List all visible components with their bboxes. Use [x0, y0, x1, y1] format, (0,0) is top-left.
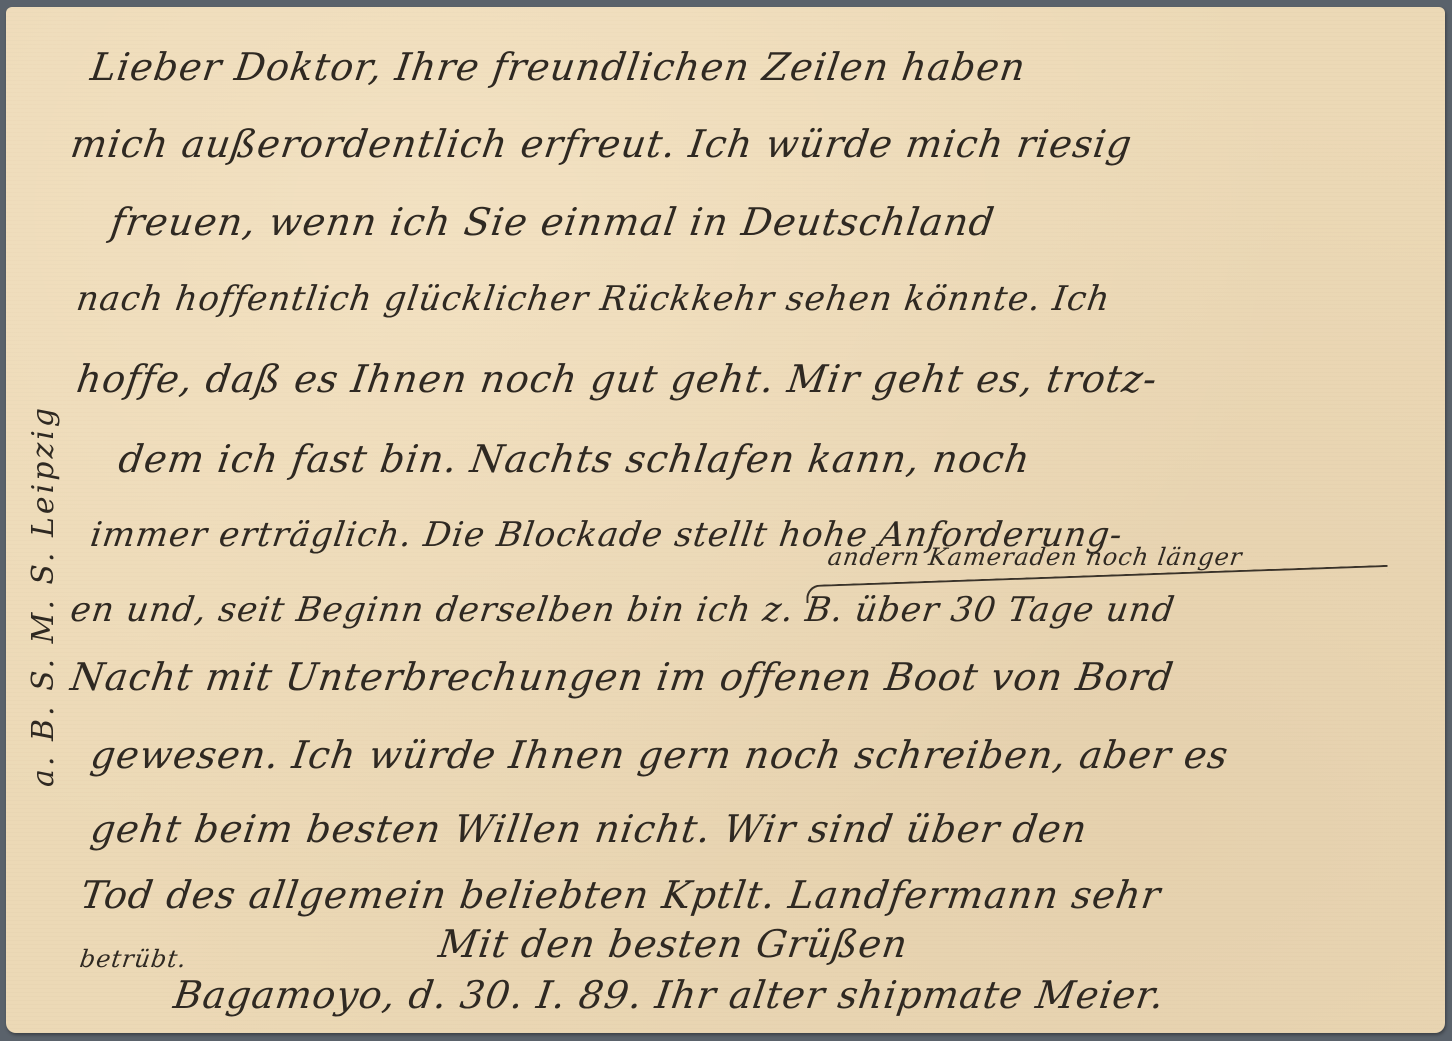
- closing-text: Mit den besten Grüßen: [436, 922, 911, 966]
- text-line-5: hoffe, daß es Ihnen noch gut geht. Mir g…: [74, 357, 1160, 401]
- place-date-signature: Bagamoyo, d. 30. I. 89. Ihr alter shipma…: [171, 973, 1167, 1017]
- text-line-1: Lieber Doktor, Ihre freundlichen Zeilen …: [88, 45, 1029, 89]
- text-line-9: Nacht mit Unterbrechungen im offenen Boo…: [68, 655, 1177, 699]
- text-line-8: en und, seit Beginn derselben bin ich z.…: [68, 590, 1178, 630]
- text-line-10: gewesen. Ich würde Ihnen gern noch schre…: [88, 733, 1231, 777]
- text-line-11: geht beim besten Willen nicht. Wir sind …: [88, 807, 1090, 851]
- text-line-2: mich außerordentlich erfreut. Ich würde …: [68, 122, 1135, 166]
- text-line-4: nach hoffentlich glücklicher Rückkehr se…: [74, 279, 1113, 319]
- text-line-12: Tod des allgemein beliebten Kptlt. Landf…: [78, 873, 1164, 917]
- margin-note: a. B. S. M. S. Leipzig: [26, 405, 61, 787]
- insertion-text: andern Kameraden noch länger: [826, 543, 1244, 571]
- postcard: Lieber Doktor, Ihre freundlichen Zeilen …: [6, 7, 1445, 1033]
- text-line-6: dem ich fast bin. Nachts schlafen kann, …: [116, 437, 1033, 481]
- text-line-13: betrübt.: [78, 945, 189, 973]
- text-line-3: freuen, wenn ich Sie einmal in Deutschla…: [108, 200, 998, 244]
